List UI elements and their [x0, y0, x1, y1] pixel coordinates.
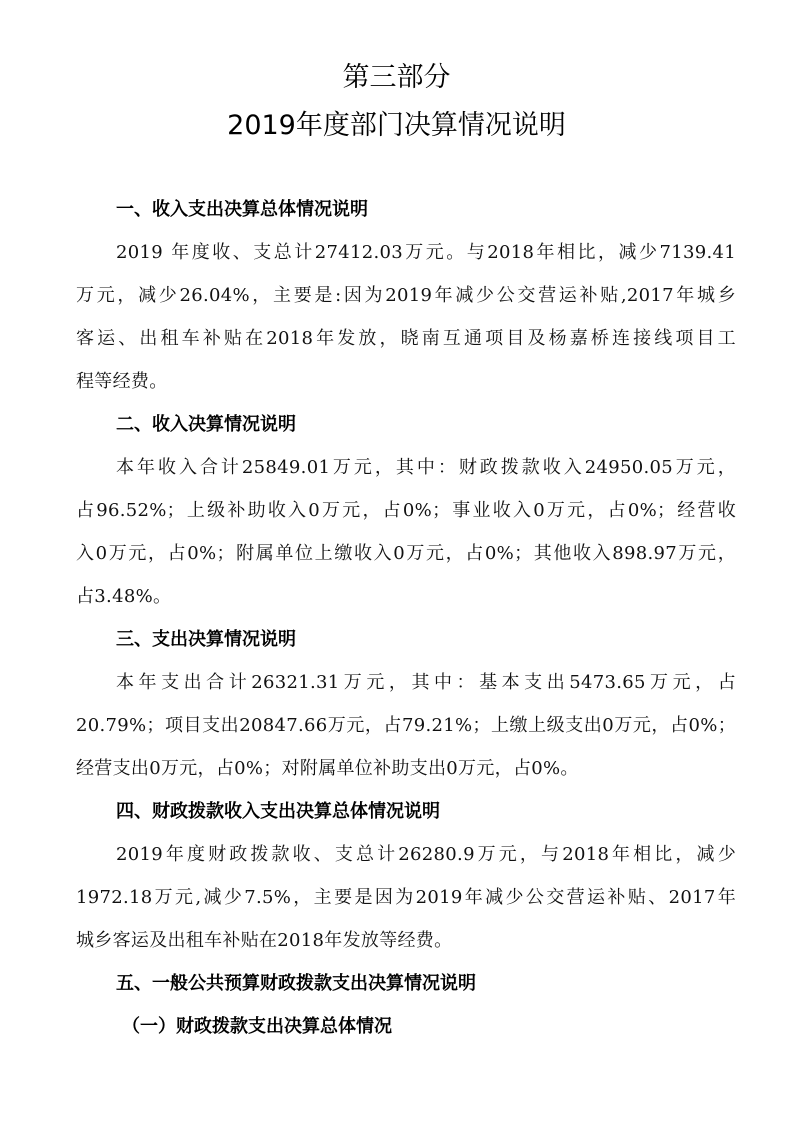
section-1-paragraph-line: 2019 年度收、支总计27412.03万元。与2018年相比，减少7139.4…: [116, 244, 736, 262]
section-4-heading: 四、财政拨款收入支出决算总体情况说明: [116, 803, 440, 821]
section-2-paragraph-line: 占96.52%；上级补助收入0万元，占0%；事业收入0万元，占0%；经营收: [76, 502, 736, 520]
section-3-heading: 三、支出决算情况说明: [116, 631, 296, 649]
section-3-paragraph-line: 20.79%；项目支出20847.66万元，占79.21%；上缴上级支出0万元，…: [76, 717, 736, 735]
section-2-paragraph-line: 入0万元，占0%；附属单位上缴收入0万元，占0%；其他收入898.97万元，: [76, 545, 736, 563]
section-1-paragraph-line: 程等经费。: [76, 373, 736, 391]
document-title: 2019年度部门决算情况说明: [0, 112, 793, 139]
section-4-paragraph-line: 1972.18万元,减少7.5%，主要是因为2019年减少公交营运补贴、2017…: [76, 889, 736, 907]
section-1-paragraph-line: 客运、出租车补贴在2018年发放，晓南互通项目及杨嘉桥连接线项目工: [76, 330, 736, 348]
section-2-paragraph-line: 占3.48%。: [76, 588, 736, 606]
section-5-subheading: （一）财政拨款支出决算总体情况: [122, 1018, 392, 1036]
section-3-paragraph-line: 经营支出0万元，占0%；对附属单位补助支出0万元，占0%。: [76, 760, 736, 778]
document-page: 第三部分 2019年度部门决算情况说明 一、收入支出决算总体情况说明 2019 …: [0, 0, 793, 1122]
section-1-paragraph-line: 万元，减少26.04%，主要是:因为2019年减少公交营运补贴,2017年城乡: [76, 287, 736, 305]
section-1-heading: 一、收入支出决算总体情况说明: [116, 201, 368, 219]
section-2-heading: 二、收入决算情况说明: [116, 416, 296, 434]
section-3-paragraph-line: 本年支出合计26321.31万元，其中：基本支出5473.65万元，占: [116, 674, 736, 692]
section-4-paragraph-line: 城乡客运及出租车补贴在2018年发放等经费。: [76, 932, 736, 950]
section-2-paragraph-line: 本年收入合计25849.01万元，其中：财政拨款收入24950.05万元，: [116, 459, 736, 477]
section-4-paragraph-line: 2019年度财政拨款收、支总计26280.9万元，与2018年相比，减少: [116, 846, 736, 864]
part-title: 第三部分: [0, 64, 793, 91]
section-5-heading: 五、一般公共预算财政拨款支出决算情况说明: [116, 975, 476, 993]
